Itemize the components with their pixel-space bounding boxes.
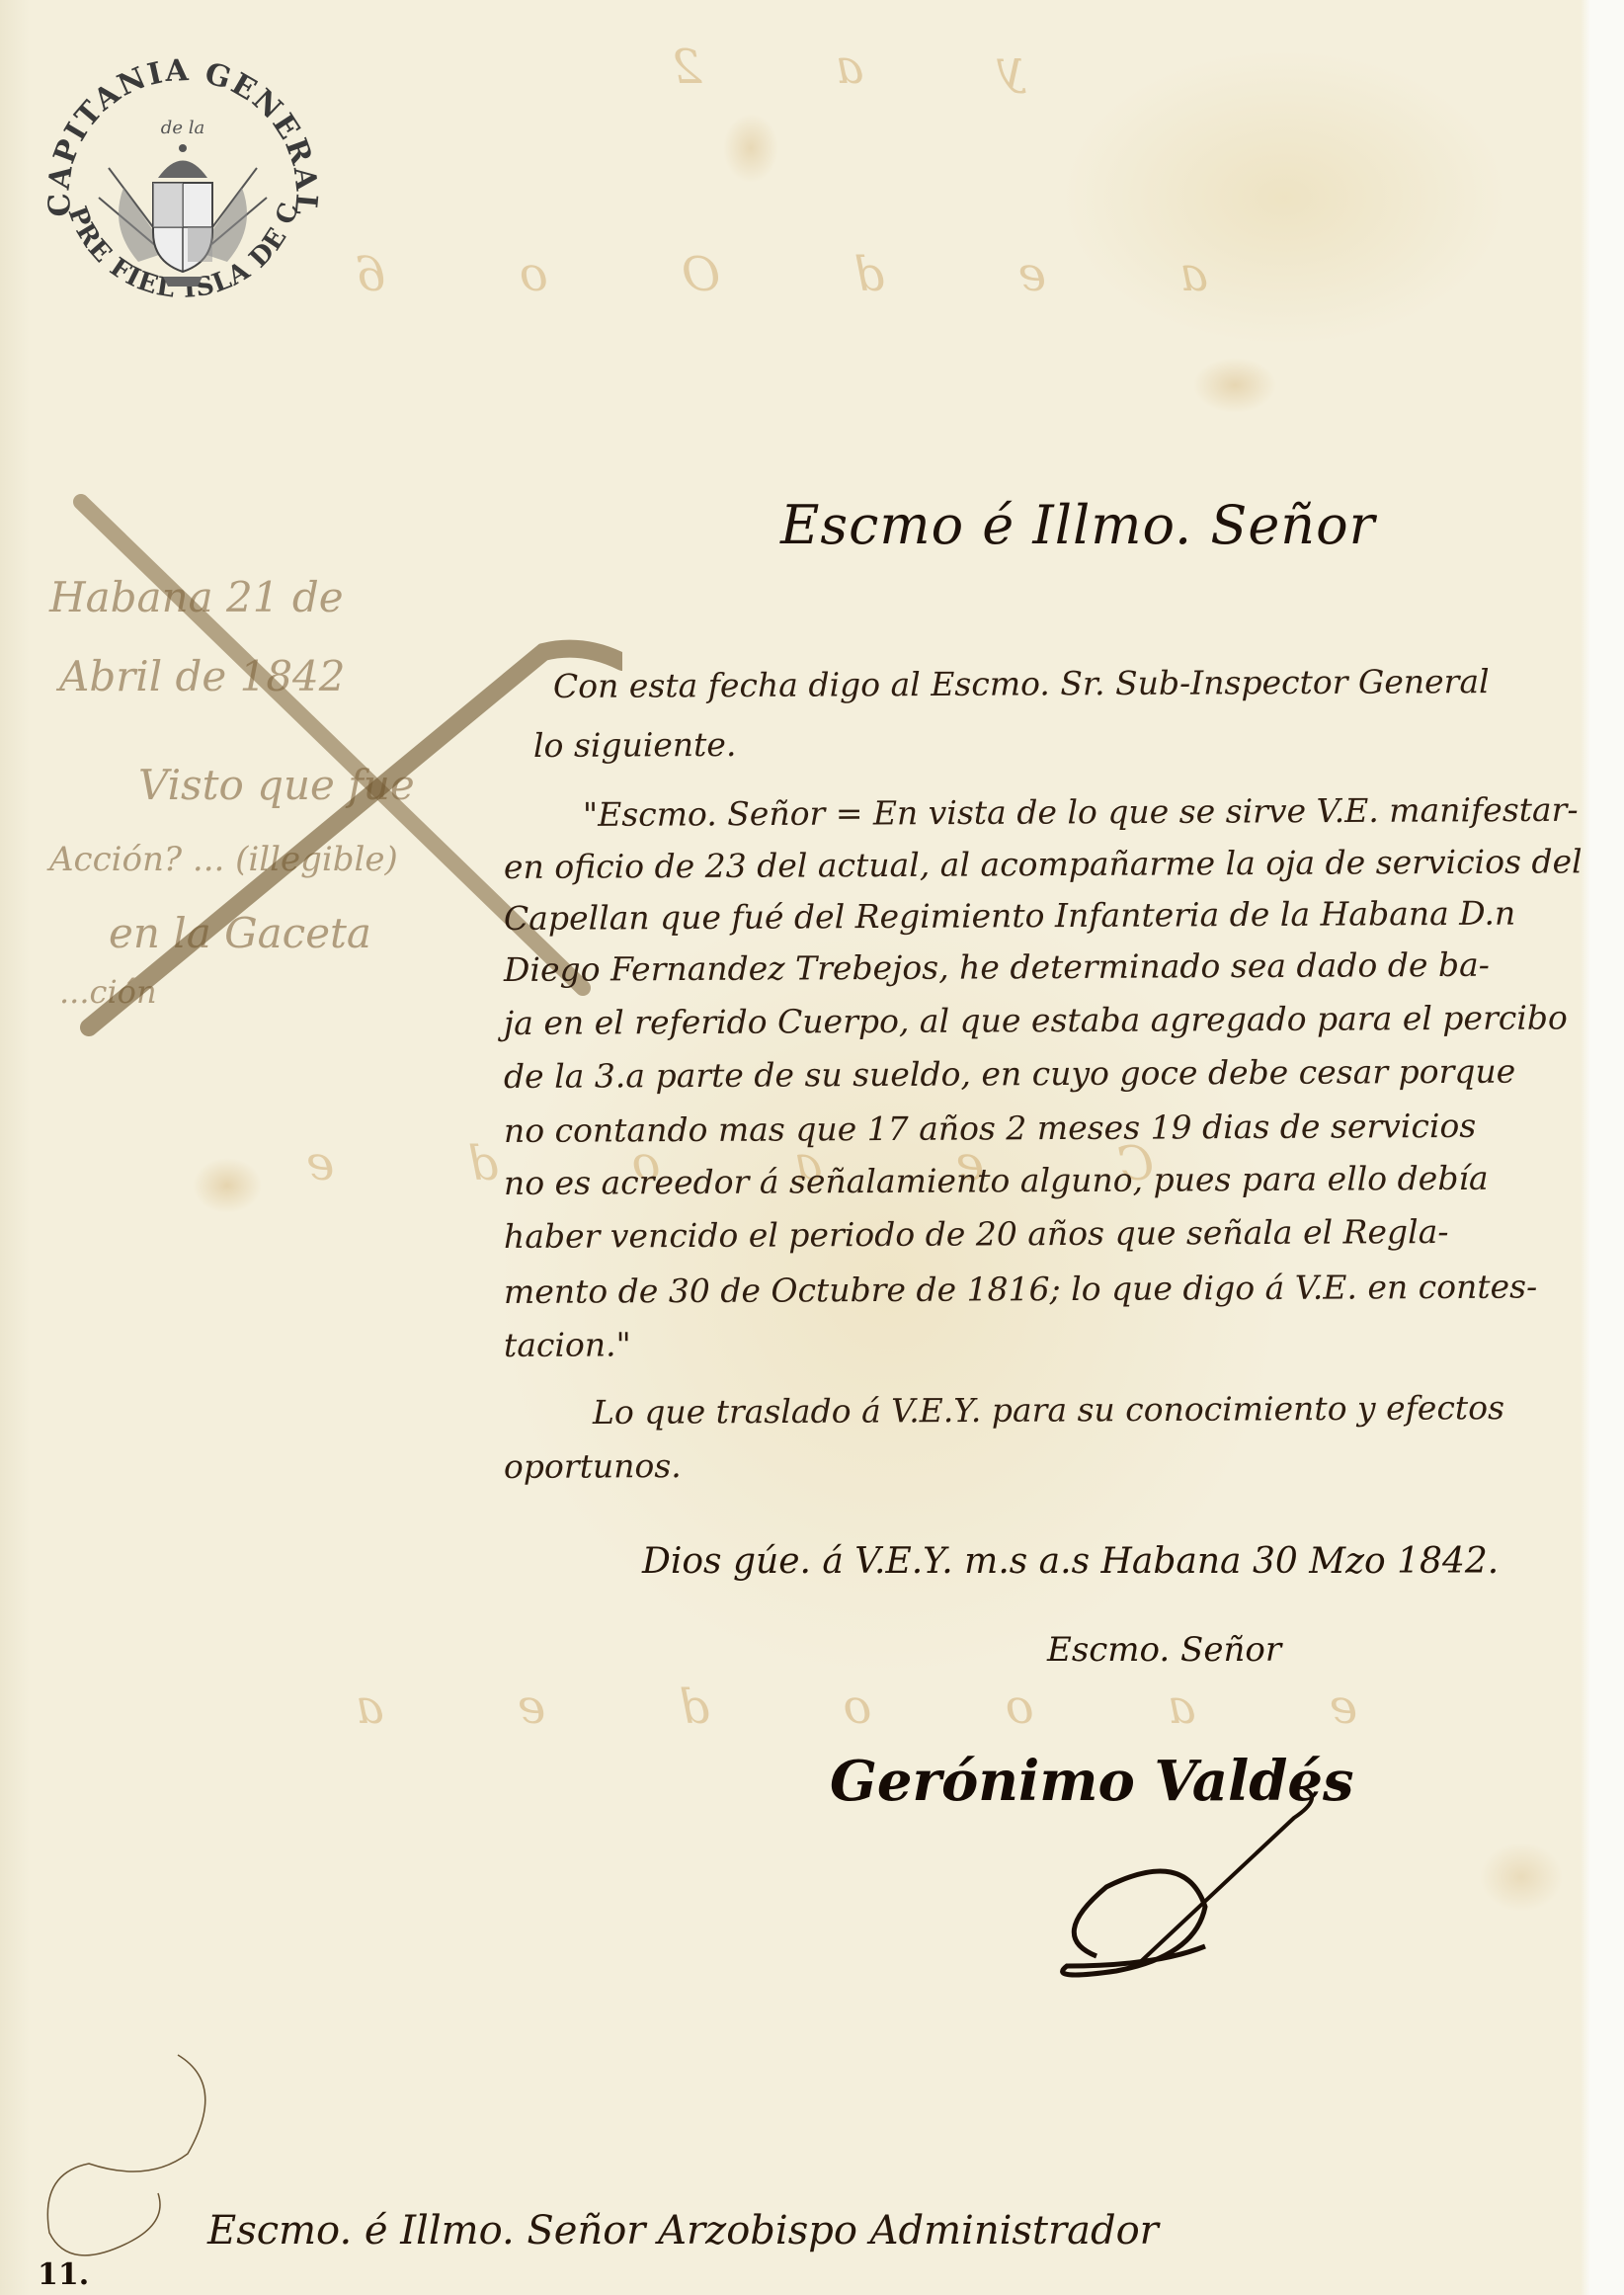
page-edge xyxy=(1590,0,1624,2295)
coat-of-arms-icon: CAPITANIA GENERAL SIEMPRE FIEL ISLA DE C… xyxy=(30,40,336,346)
svg-text:de la: de la xyxy=(161,118,204,138)
body-line: mento de 30 de Octubre de 1816; lo que d… xyxy=(504,1268,1537,1311)
valediction: Dios gúe. á V.E.Y. m.s a.s Habana 30 Mzo… xyxy=(642,1541,1499,1582)
addressee: Escmo. é Illmo. Señor Arzobispo Administ… xyxy=(207,2208,1159,2254)
bleed-through-text: y a 2 xyxy=(612,40,1024,95)
body-line: lo siguiente. xyxy=(533,725,737,765)
folio-number: 11. xyxy=(38,2257,89,2292)
body-line: no contando mas que 17 años 2 meses 19 d… xyxy=(504,1107,1476,1150)
body-line: de la 3.a parte de su sueldo, en cuyo go… xyxy=(504,1052,1515,1096)
bleed-through-text: e a o o d e a xyxy=(296,1680,1357,1735)
body-line: en oficio de 23 del actual, al acompañar… xyxy=(504,842,1583,886)
body-line: Con esta fecha digo al Escmo. Sr. Sub-In… xyxy=(553,662,1490,705)
body-line: Diego Fernandez Trebejos, he determinado… xyxy=(504,945,1490,989)
body-line: "Escmo. Señor = En vista de lo que se si… xyxy=(583,790,1579,834)
closing-salutation: Escmo. Señor xyxy=(1047,1630,1281,1670)
body-line: Capellan que fué del Regimiento Infanter… xyxy=(504,894,1515,938)
body-line: oportunos. xyxy=(504,1446,682,1486)
signature-rubric xyxy=(1008,1778,1363,1996)
body-line: tacion." xyxy=(504,1325,631,1364)
salutation: Escmo é Illmo. Señor xyxy=(780,494,1375,556)
body-line: Lo que traslado á V.E.Y. para su conocim… xyxy=(593,1388,1504,1432)
body-line: haber vencido el periodo de 20 años que … xyxy=(504,1212,1449,1256)
bleed-through-text: a e d O o 6 xyxy=(296,247,1208,302)
official-seal: CAPITANIA GENERAL SIEMPRE FIEL ISLA DE C… xyxy=(30,40,336,346)
body-line: no es acreedor á señalamiento alguno, pu… xyxy=(504,1159,1489,1202)
body-line: ja en el referido Cuerpo, al que estaba … xyxy=(504,998,1568,1042)
